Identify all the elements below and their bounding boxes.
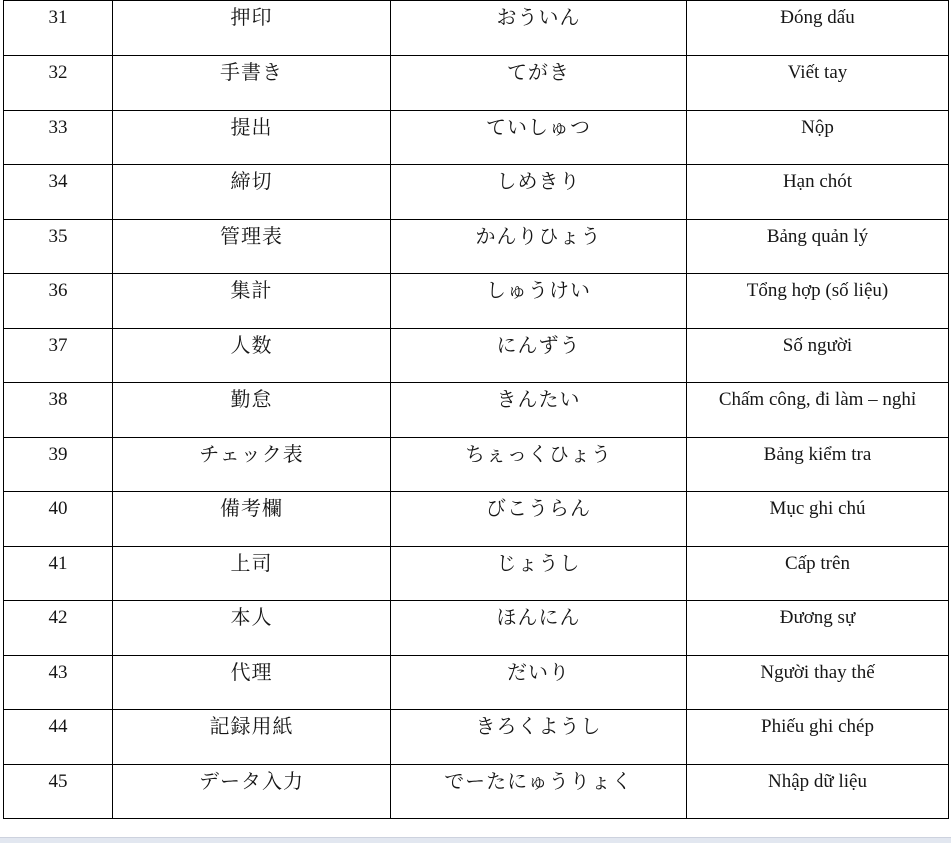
table-row: 34 締切 しめきり Hạn chót — [4, 165, 949, 220]
vocabulary-table: 31 押印 おういん Đóng dấu 32 手書き てがき Viết tay … — [3, 0, 949, 819]
cell-vietnamese: Đương sự — [687, 601, 949, 656]
cell-reading: ていしゅつ — [391, 110, 687, 165]
table-row: 40 備考欄 びこうらん Mục ghi chú — [4, 492, 949, 547]
cell-reading: てがき — [391, 56, 687, 111]
cell-number: 36 — [4, 274, 113, 329]
cell-vietnamese: Người thay thế — [687, 655, 949, 710]
table-row: 39 チェック表 ちぇっくひょう Bảng kiểm tra — [4, 437, 949, 492]
cell-reading: きろくようし — [391, 710, 687, 765]
cell-reading: おういん — [391, 1, 687, 56]
table-row: 36 集計 しゅうけい Tổng hợp (số liệu) — [4, 274, 949, 329]
cell-japanese: 手書き — [113, 56, 391, 111]
cell-vietnamese: Tổng hợp (số liệu) — [687, 274, 949, 329]
cell-number: 44 — [4, 710, 113, 765]
cell-number: 38 — [4, 383, 113, 438]
document-page: 31 押印 おういん Đóng dấu 32 手書き てがき Viết tay … — [0, 0, 951, 843]
table-row: 38 勤怠 きんたい Chấm công, đi làm – nghỉ — [4, 383, 949, 438]
cell-japanese: 人数 — [113, 328, 391, 383]
cell-reading: ちぇっくひょう — [391, 437, 687, 492]
table-row: 42 本人 ほんにん Đương sự — [4, 601, 949, 656]
table-row: 31 押印 おういん Đóng dấu — [4, 1, 949, 56]
cell-number: 39 — [4, 437, 113, 492]
window-bottom-bar — [0, 837, 951, 843]
cell-japanese: 備考欄 — [113, 492, 391, 547]
cell-japanese: 提出 — [113, 110, 391, 165]
cell-reading: しめきり — [391, 165, 687, 220]
table-row: 44 記録用紙 きろくようし Phiếu ghi chép — [4, 710, 949, 765]
cell-number: 43 — [4, 655, 113, 710]
cell-japanese: 上司 — [113, 546, 391, 601]
cell-number: 42 — [4, 601, 113, 656]
cell-reading: だいり — [391, 655, 687, 710]
cell-number: 41 — [4, 546, 113, 601]
cell-reading: でーたにゅうりょく — [391, 764, 687, 819]
cell-reading: ほんにん — [391, 601, 687, 656]
cell-reading: かんりひょう — [391, 219, 687, 274]
cell-reading: びこうらん — [391, 492, 687, 547]
cell-number: 34 — [4, 165, 113, 220]
cell-japanese: 集計 — [113, 274, 391, 329]
cell-vietnamese: Nhập dữ liệu — [687, 764, 949, 819]
cell-japanese: 管理表 — [113, 219, 391, 274]
cell-japanese: 代理 — [113, 655, 391, 710]
cell-reading: にんずう — [391, 328, 687, 383]
cell-vietnamese: Viết tay — [687, 56, 949, 111]
cell-japanese: 押印 — [113, 1, 391, 56]
cell-vietnamese: Chấm công, đi làm – nghỉ — [687, 383, 949, 438]
cell-number: 40 — [4, 492, 113, 547]
table-row: 35 管理表 かんりひょう Bảng quản lý — [4, 219, 949, 274]
cell-reading: じょうし — [391, 546, 687, 601]
table-row: 33 提出 ていしゅつ Nộp — [4, 110, 949, 165]
cell-number: 35 — [4, 219, 113, 274]
cell-japanese: データ入力 — [113, 764, 391, 819]
cell-vietnamese: Bảng kiểm tra — [687, 437, 949, 492]
table-row: 43 代理 だいり Người thay thế — [4, 655, 949, 710]
cell-japanese: 本人 — [113, 601, 391, 656]
cell-vietnamese: Phiếu ghi chép — [687, 710, 949, 765]
cell-number: 33 — [4, 110, 113, 165]
cell-vietnamese: Hạn chót — [687, 165, 949, 220]
table-row: 41 上司 じょうし Cấp trên — [4, 546, 949, 601]
cell-japanese: 勤怠 — [113, 383, 391, 438]
cell-japanese: 記録用紙 — [113, 710, 391, 765]
cell-number: 45 — [4, 764, 113, 819]
cell-japanese: 締切 — [113, 165, 391, 220]
cell-vietnamese: Số người — [687, 328, 949, 383]
table-row: 37 人数 にんずう Số người — [4, 328, 949, 383]
cell-japanese: チェック表 — [113, 437, 391, 492]
cell-vietnamese: Mục ghi chú — [687, 492, 949, 547]
cell-reading: しゅうけい — [391, 274, 687, 329]
cell-vietnamese: Bảng quản lý — [687, 219, 949, 274]
cell-number: 37 — [4, 328, 113, 383]
table-row: 32 手書き てがき Viết tay — [4, 56, 949, 111]
cell-vietnamese: Đóng dấu — [687, 1, 949, 56]
cell-vietnamese: Nộp — [687, 110, 949, 165]
cell-vietnamese: Cấp trên — [687, 546, 949, 601]
table-row: 45 データ入力 でーたにゅうりょく Nhập dữ liệu — [4, 764, 949, 819]
cell-number: 32 — [4, 56, 113, 111]
cell-reading: きんたい — [391, 383, 687, 438]
cell-number: 31 — [4, 1, 113, 56]
